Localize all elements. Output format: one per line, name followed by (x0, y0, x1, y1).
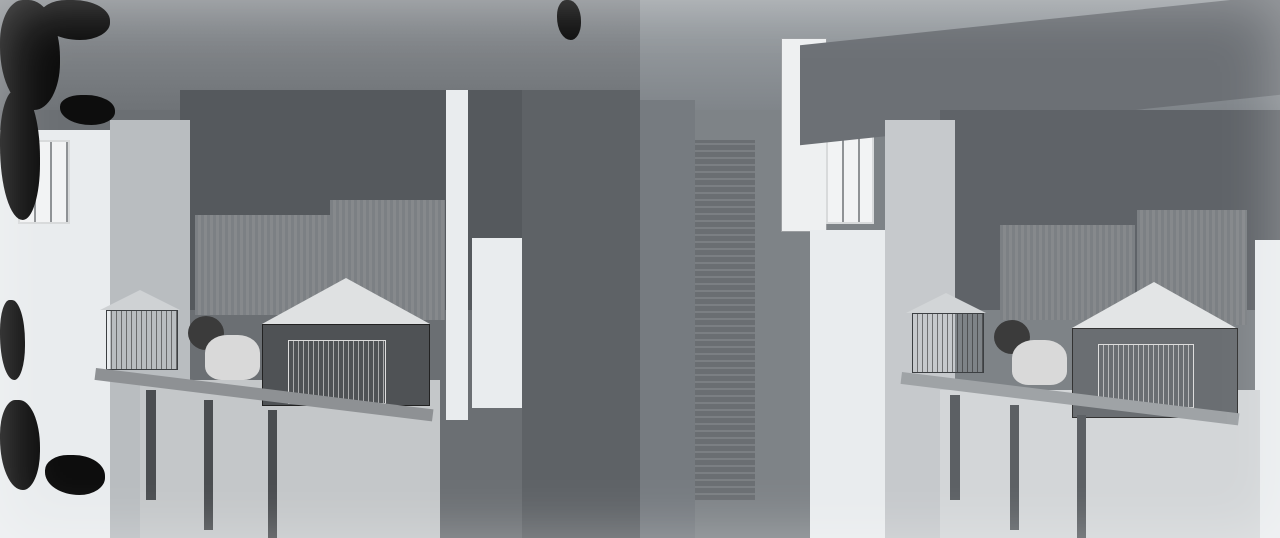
foliage (60, 95, 115, 125)
stereo-photograph: Antique stereoscopic glass-plate photogr… (0, 0, 1280, 538)
left-view (0, 0, 640, 538)
doorway-light (472, 238, 522, 408)
brick-chimney (695, 140, 755, 500)
small-cage-roof (100, 290, 180, 310)
small-birdcage (106, 310, 178, 370)
shelf-post (950, 395, 960, 500)
shelf-post (1010, 405, 1019, 530)
column (446, 90, 468, 420)
left-wall (640, 100, 695, 538)
foliage (0, 300, 25, 380)
house-cage-roof (262, 278, 430, 324)
facade-light (810, 230, 885, 538)
right-view (640, 0, 1280, 538)
house-cage-roof (1072, 282, 1236, 328)
dog (205, 335, 260, 380)
shelf-post (146, 390, 156, 500)
right-wall (522, 90, 640, 538)
plate-blemish (557, 0, 581, 40)
small-cage-roof (906, 293, 986, 313)
dog (1012, 340, 1067, 385)
shelf-post (1077, 415, 1086, 538)
shelf-post (204, 400, 213, 530)
shelf-post (268, 410, 277, 538)
small-birdcage (912, 313, 984, 373)
